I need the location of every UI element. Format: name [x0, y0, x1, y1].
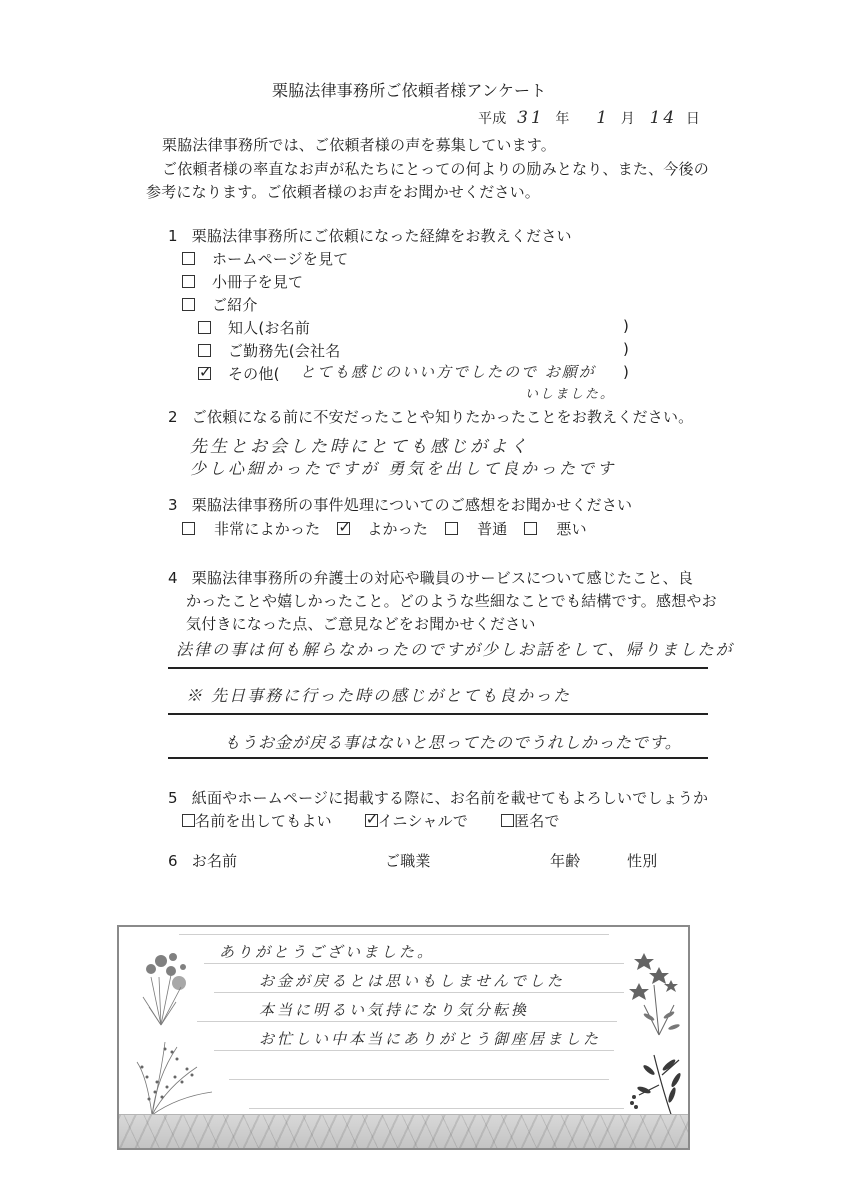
card-rule: [229, 1079, 609, 1080]
intro-line-1: 栗脇法律事務所では、ご依頼者様の声を募集しています。: [162, 134, 556, 155]
checkbox[interactable]: [198, 344, 211, 357]
survey-title: 栗脇法律事務所ご依頼者様アンケート: [272, 78, 546, 101]
q2-answer-line-1[interactable]: 先生とお会した時にとても感じがよく: [190, 432, 530, 457]
q4-answer-line-2[interactable]: ※ 先日事務に行った時の感じがとても良かった: [186, 683, 571, 706]
card-rule: [249, 1108, 624, 1109]
card-message-line-1: ありがとうございました。: [219, 941, 435, 962]
q5-number: 5: [168, 789, 178, 807]
q2-question: ご依頼になる前に不安だったことや知りたかったことをお教えください。: [192, 408, 694, 426]
q6-age-label: 年齢: [550, 850, 580, 871]
q6-number: 6: [168, 852, 178, 870]
checkbox[interactable]: [524, 522, 537, 535]
bellflower-icon: [619, 945, 689, 1040]
checkbox[interactable]: [182, 814, 195, 827]
q4-question-line-2: かったことや嬉しかったこと。どのような些細なことでも結構です。感想やお: [186, 590, 717, 611]
option-label: ご紹介: [212, 296, 258, 314]
q1-suboption-acquaintance[interactable]: 知人(お名前: [198, 317, 310, 338]
option-label: 非常によかった: [214, 520, 320, 538]
q3-question: 栗脇法律事務所の事件処理についてのご感想をお聞かせください: [192, 496, 633, 514]
checkbox-checked[interactable]: [365, 814, 378, 827]
q3-options: 非常によかった よかった 普通 悪い: [182, 518, 587, 539]
date-day-value[interactable]: 14: [650, 108, 678, 128]
q4-question-line-1: 栗脇法律事務所の弁護士の対応や職員のサービスについて感じたこと、良: [192, 569, 693, 587]
date-era: 平成: [478, 111, 506, 127]
option-label: その他(: [228, 365, 280, 383]
q5-options: 名前を出してもよい イニシャルで 匿名で: [182, 810, 560, 831]
card-message-line-2: お金が戻るとは思いもしませんでした: [259, 970, 565, 991]
checkbox[interactable]: [182, 522, 195, 535]
option-label: イニシャルで: [378, 812, 468, 830]
q3-option-average[interactable]: 普通: [445, 520, 512, 538]
intro-line-3: 参考になります。ご依頼者様のお声をお聞かせください。: [146, 181, 540, 202]
q1-option-homepage[interactable]: ホームページを見て: [182, 248, 348, 269]
card-decorative-paper-band: [119, 1114, 688, 1148]
option-label: 匿名で: [514, 812, 560, 830]
date-year-unit: 年: [555, 111, 569, 127]
checkbox-checked[interactable]: [198, 367, 211, 380]
checkbox-checked[interactable]: [337, 522, 350, 535]
card-message-line-4: お忙しい中本当にありがとう御座居ました: [259, 1028, 601, 1049]
paren-close: ): [623, 363, 629, 381]
q4-question-line-3: 気付きになった点、ご意見などをお聞かせください: [186, 613, 536, 634]
option-label: ご勤務先(会社名: [228, 342, 340, 360]
leafy-branch-icon: [624, 1045, 689, 1125]
date-day-unit: 日: [686, 111, 700, 127]
option-label: ホームページを見て: [212, 250, 349, 268]
q4-number: 4: [168, 569, 178, 587]
q4-answer-rule-3: [168, 757, 708, 759]
card-rule: [214, 992, 624, 993]
q1-question: 栗脇法律事務所にご依頼になった経緯をお教えください: [192, 227, 572, 245]
checkbox[interactable]: [501, 814, 514, 827]
card-rule: [214, 1050, 614, 1051]
q5-question: 紙面やホームページに掲載する際に、お名前を載せてもよろしいでしょうか: [192, 789, 709, 807]
q5-heading: 5紙面やホームページに掲載する際に、お名前を載せてもよろしいでしょうか: [168, 787, 708, 808]
q1-option-booklet[interactable]: 小冊子を見て: [182, 271, 303, 292]
option-label: 知人(お名前: [228, 319, 310, 337]
q3-option-very-good[interactable]: 非常によかった: [182, 520, 325, 538]
option-label: よかった: [367, 520, 428, 538]
q6-name-label: お名前: [192, 852, 238, 870]
q1-other-answer-line-1[interactable]: とても感じのいい方でしたので お願が: [300, 361, 596, 382]
q5-option-real-name[interactable]: 名前を出してもよい: [182, 812, 337, 830]
q1-heading: 1栗脇法律事務所にご依頼になった経緯をお教えください: [168, 225, 572, 246]
q1-suboption-other[interactable]: その他(: [198, 363, 280, 384]
q1-number: 1: [168, 227, 178, 245]
q3-heading: 3栗脇法律事務所の事件処理についてのご感想をお聞かせください: [168, 494, 632, 515]
q4-heading: 4栗脇法律事務所の弁護士の対応や職員のサービスについて感じたこと、良: [168, 567, 693, 588]
q6-heading: 6お名前: [168, 850, 237, 871]
checkbox[interactable]: [445, 522, 458, 535]
checkbox[interactable]: [182, 275, 195, 288]
option-label: 名前を出してもよい: [195, 812, 332, 830]
q1-option-referral[interactable]: ご紹介: [182, 294, 258, 315]
paren-close: ): [623, 317, 629, 335]
q5-option-initials[interactable]: イニシャルで: [365, 812, 473, 830]
message-card: ありがとうございました。 お金が戻るとは思いもしませんでした 本当に明るい気持に…: [117, 925, 690, 1150]
option-label: 悪い: [556, 520, 586, 538]
card-rule: [179, 934, 609, 935]
q1-other-answer-line-2[interactable]: いしました。: [525, 383, 615, 402]
q3-option-good[interactable]: よかった: [337, 520, 433, 538]
paren-close: ): [623, 340, 629, 358]
q1-suboption-workplace[interactable]: ご勤務先(会社名: [198, 340, 340, 361]
card-rule: [204, 963, 624, 964]
option-label: 普通: [477, 520, 507, 538]
q4-answer-line-3[interactable]: もうお金が戻る事はないと思ってたのでうれしかったです。: [224, 730, 682, 753]
q3-option-bad[interactable]: 悪い: [524, 520, 586, 538]
q5-option-anonymous[interactable]: 匿名で: [501, 812, 560, 830]
bush-clover-icon: [127, 1037, 217, 1117]
q3-number: 3: [168, 496, 178, 514]
q6-occupation-label: ご職業: [385, 850, 431, 871]
q4-answer-line-1[interactable]: 法律の事は何も解らなかったのですが少しお話をして、帰りましたが: [176, 637, 734, 660]
cosmos-flower-icon: [131, 947, 201, 1027]
checkbox[interactable]: [182, 298, 195, 311]
q2-heading: 2ご依頼になる前に不安だったことや知りたかったことをお教えください。: [168, 406, 693, 427]
q2-answer-line-2[interactable]: 少し心細かったですが 勇気を出して良かったです: [190, 456, 616, 479]
q2-number: 2: [168, 408, 178, 426]
checkbox[interactable]: [182, 252, 195, 265]
intro-line-2: ご依頼者様の率直なお声が私たちにとっての何よりの励みとなり、また、今後の: [162, 158, 709, 179]
date-month-unit: 月: [621, 111, 635, 127]
card-rule: [197, 1021, 617, 1022]
card-message-line-3: 本当に明るい気持になり気分転換: [259, 999, 529, 1020]
q4-answer-rule-1: [168, 667, 708, 669]
date-month-value[interactable]: 1: [596, 108, 610, 128]
date-row: 平成 31 年 1 月 14 日: [478, 108, 700, 128]
date-year-value[interactable]: 31: [517, 108, 545, 128]
q6-gender-label: 性別: [627, 850, 657, 871]
option-label: 小冊子を見て: [212, 273, 303, 291]
q4-answer-rule-2: [168, 713, 708, 715]
checkbox[interactable]: [198, 321, 211, 334]
